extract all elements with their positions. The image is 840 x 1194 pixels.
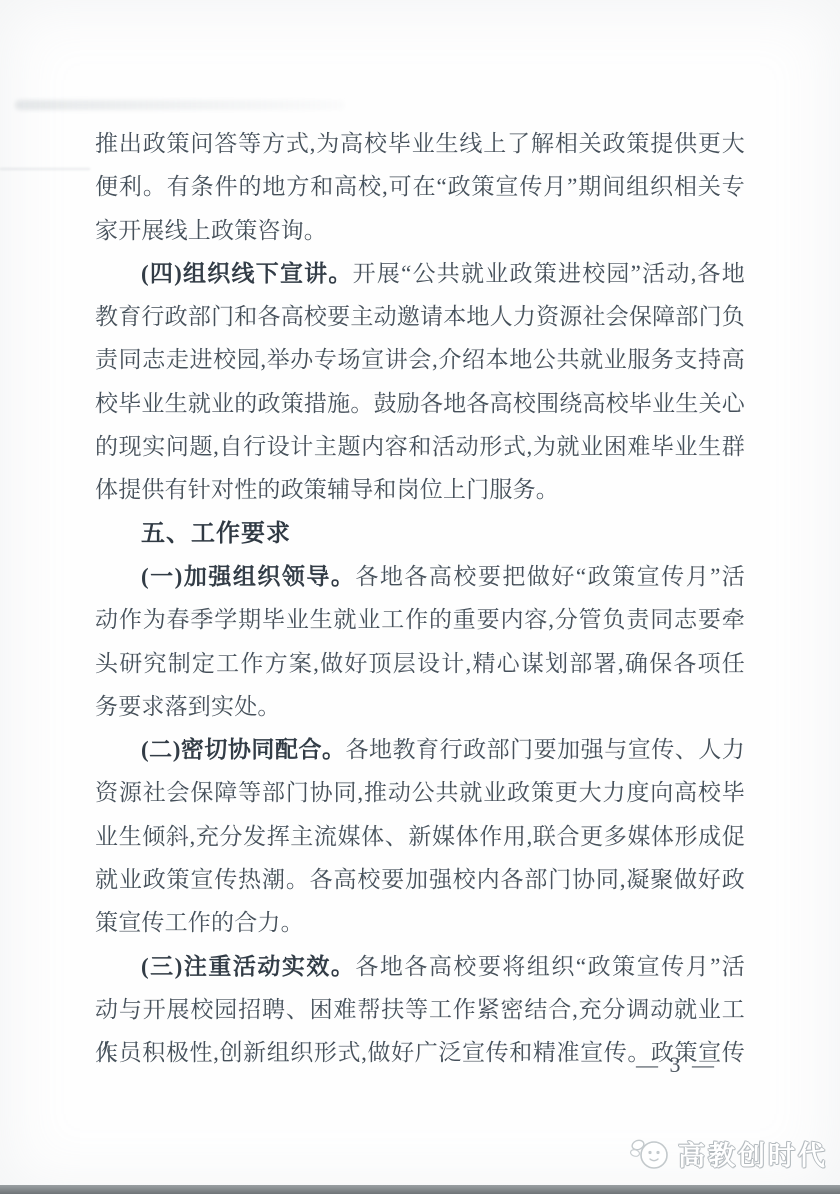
line-text: 教育行政部门和各高校要主动邀请本地人力资源社会保障部门负	[95, 304, 745, 329]
scanned-document-page: 推出政策问答等方式,为高校毕业生线上了解相关政策提供更大便利。有条件的地方和高校…	[0, 0, 840, 1194]
text-line: 务要求落到实处。	[95, 685, 745, 728]
line-text: 家开展线上政策咨询。	[95, 218, 327, 243]
line-text: 体提供有针对性的政策辅导和岗位上门服务。	[95, 477, 559, 502]
text-line: (三)注重活动实效。各地各高校要将组织“政策宣传月”活	[95, 945, 745, 988]
text-line: (一)加强组织领导。各地各高校要把做好“政策宣传月”活	[95, 555, 745, 598]
line-text: 开展“公共就业政策进校园”活动,各地	[353, 261, 745, 286]
scan-artifact-line	[0, 168, 90, 170]
line-text: 务要求落到实处。	[95, 694, 281, 719]
line-text: 资源社会保障等部门协同,推动公共就业政策更大力度向高校毕	[95, 780, 745, 805]
watermark: 高教创时代	[629, 1134, 828, 1173]
text-line: 头研究制定工作方案,做好顶层设计,精心谋划部署,确保各项任	[95, 642, 745, 685]
line-text: 便利。有条件的地方和高校,可在“政策宣传月”期间组织相关专	[95, 174, 745, 199]
text-line: 资源社会保障等部门协同,推动公共就业政策更大力度向高校毕	[95, 771, 745, 814]
watermark-label: 高教创时代	[678, 1134, 828, 1173]
line-text: 校毕业生就业的政策措施。鼓励各地各高校围绕高校毕业生关心	[95, 391, 745, 416]
text-line: 就业政策宣传热潮。各高校要加强校内各部门协同,凝聚做好政	[95, 858, 745, 901]
paragraph-lead: (三)注重活动实效。	[141, 954, 355, 979]
text-line: 动与开展校园招聘、困难帮扶等工作紧密结合,充分调动就业工作	[95, 988, 745, 1031]
line-text: 业生倾斜,充分发挥主流媒体、新媒体作用,联合更多媒体形成促	[95, 824, 745, 849]
line-text: 责同志走进校园,举办专场宣讲会,介绍本地公共就业服务支持高	[95, 347, 745, 372]
text-line: 家开展线上政策咨询。	[95, 209, 745, 252]
line-text: 各地各高校要把做好“政策宣传月”活	[355, 564, 745, 589]
line-text: 五、工作要求	[141, 520, 291, 547]
mascot-face-icon	[629, 1136, 671, 1172]
text-line: 责同志走进校园,举办专场宣讲会,介绍本地公共就业服务支持高	[95, 338, 745, 381]
text-line: 策宣传工作的合力。	[95, 901, 745, 944]
scan-artifact-streak	[15, 100, 345, 110]
section-heading: 五、工作要求	[95, 512, 745, 555]
text-line: (二)密切协同配合。各地教育行政部门要加强与宣传、人力	[95, 728, 745, 771]
line-text: 的现实问题,自行设计主题内容和活动形式,为就业困难毕业生群	[95, 434, 745, 459]
line-text: 各地各高校要将组织“政策宣传月”活	[355, 954, 745, 979]
text-line: 的现实问题,自行设计主题内容和活动形式,为就业困难毕业生群	[95, 425, 745, 468]
page-number: — 3 —	[95, 1052, 745, 1078]
scanner-edge-bar	[0, 1185, 840, 1194]
paragraph-lead: (四)组织线下宣讲。	[141, 261, 353, 286]
line-text: 推出政策问答等方式,为高校毕业生线上了解相关政策提供更大	[95, 131, 745, 156]
text-line: 推出政策问答等方式,为高校毕业生线上了解相关政策提供更大	[95, 122, 745, 165]
text-line: 动作为春季学期毕业生就业工作的重要内容,分管负责同志要牵	[95, 598, 745, 641]
paragraph-lead: (一)加强组织领导。	[141, 564, 355, 589]
line-text: 策宣传工作的合力。	[95, 910, 304, 935]
line-text: 各地教育行政部门要加强与宣传、人力	[346, 737, 746, 762]
text-line: 业生倾斜,充分发挥主流媒体、新媒体作用,联合更多媒体形成促	[95, 815, 745, 858]
line-text: 头研究制定工作方案,做好顶层设计,精心谋划部署,确保各项任	[95, 651, 745, 676]
text-line: 体提供有针对性的政策辅导和岗位上门服务。	[95, 468, 745, 511]
text-line: 便利。有条件的地方和高校,可在“政策宣传月”期间组织相关专	[95, 165, 745, 208]
text-line: (四)组织线下宣讲。开展“公共就业政策进校园”活动,各地	[95, 252, 745, 295]
line-text: 就业政策宣传热潮。各高校要加强校内各部门协同,凝聚做好政	[95, 867, 745, 892]
line-text: 动作为春季学期毕业生就业工作的重要内容,分管负责同志要牵	[95, 607, 745, 632]
document-body: 推出政策问答等方式,为高校毕业生线上了解相关政策提供更大便利。有条件的地方和高校…	[95, 122, 745, 1075]
paragraph-lead: (二)密切协同配合。	[141, 737, 346, 762]
text-line: 教育行政部门和各高校要主动邀请本地人力资源社会保障部门负	[95, 295, 745, 338]
text-line: 校毕业生就业的政策措施。鼓励各地各高校围绕高校毕业生关心	[95, 382, 745, 425]
